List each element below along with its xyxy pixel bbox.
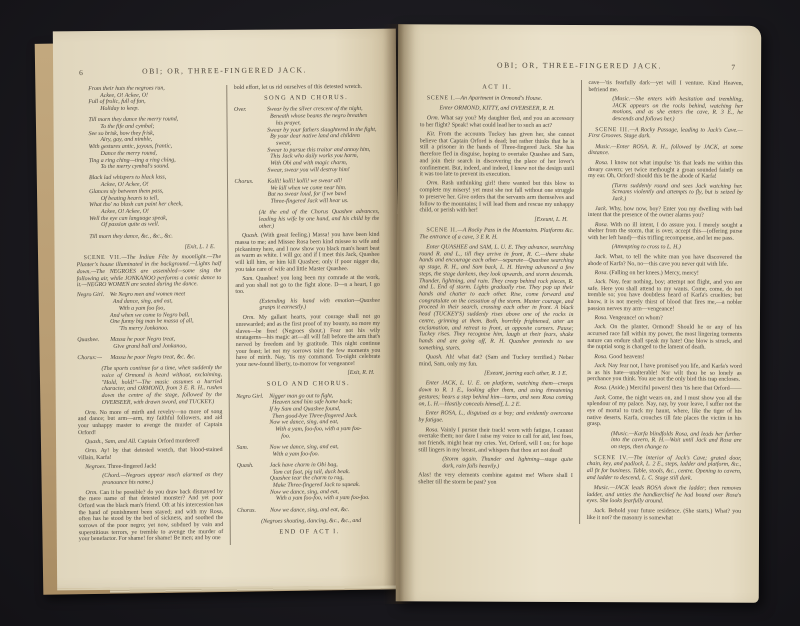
speaker-name: Jack. xyxy=(594,395,606,401)
verse-lines: Jack have charm in Obi bag, Tom cat foot… xyxy=(270,462,382,503)
text-block-speech: Rosa. (Falling on her knees.) Mercy, mer… xyxy=(588,270,743,277)
text-block-speech: Orm. Can it be possible? do you draw bac… xyxy=(78,489,223,544)
speaker-name: Negro Girl. xyxy=(77,292,110,332)
text-block-verse: From their huts the negroes run, Ackee, … xyxy=(88,85,220,113)
text-block-speech: Orm. Ay! by that detested wretch, that b… xyxy=(78,447,223,462)
text-block-center: Enter ORMOND, KITTY, and OVERSEER, R. H. xyxy=(420,105,575,112)
text-block-vspeech: Quashee.Massa he poor Negro treat, Give … xyxy=(77,336,222,351)
text-block-stage-full: Enter QUASHEE and SAM, L. U. E. They adv… xyxy=(419,244,574,352)
text-block-speech: Orm. Rash unthinking girl! there wanted … xyxy=(419,181,574,215)
text-block-vspeech: Sam.Now we dance, sing, and eat, With a … xyxy=(237,444,382,459)
speaker-name: Orm. xyxy=(243,315,255,321)
verse-lines: We Negro men and women meet And dance, s… xyxy=(110,292,222,333)
running-title-left: OBI; OR, THREE-FINGERED JACK. xyxy=(142,65,307,75)
scene-number: SCENE I. xyxy=(427,95,455,101)
text-block-stage: (Storm again. Thunder and lightning—stag… xyxy=(442,456,573,470)
text-block-exit: [Exeunt, L. H. xyxy=(419,217,574,224)
text-block-verse: Till morn they dance the merry round, To… xyxy=(88,116,220,171)
text-block-stage-full: Music.—Enter ROSA, R. H., followed by JA… xyxy=(588,144,743,158)
book-photo: 6 OBI; OR, THREE-FINGERED JACK. From the… xyxy=(0,0,800,626)
text-block-stage: (Music.—She enters with hesitation and t… xyxy=(612,96,743,123)
speaker-name: Rosa. xyxy=(594,354,607,360)
page-7-column-1: ACT II.SCENE I.—An Apartment in Ormond's… xyxy=(418,79,580,524)
text-block-stage: (Attempting to cross to L. H.) xyxy=(612,244,743,251)
text-block-speech: Rosa. I know not what impulse 'tis that … xyxy=(588,160,743,181)
text-block-vspeech: Over.Swear by the silver crescent of the… xyxy=(234,106,379,174)
text-block-exit: [Exit, R. H. xyxy=(236,370,381,378)
text-block-verse: Till morn they dance, &c., &c., &c. xyxy=(89,233,221,241)
text-block-stage: (Music.—Karfa blindfolds Rosa, and leads… xyxy=(611,431,742,452)
text-block-speech: Orm. My gallant hearts, your courage sha… xyxy=(236,314,381,369)
text-block-speech: Quash. Ah! what dat? (Sam and Tuckey ter… xyxy=(419,355,574,369)
page-7-header: OBI; OR, THREE-FINGERED JACK. 7 xyxy=(422,60,737,74)
scene-number: SCENE III. xyxy=(595,127,629,133)
text-block-speech: Quash., Sam, and All. Captain Orford mur… xyxy=(78,438,223,446)
text-block-scene: SCENE II.—A Rocky Pass in the Mountains.… xyxy=(419,227,574,241)
page-6-columns: From their huts the negroes run, Ackee, … xyxy=(53,84,400,546)
speaker-name: Chorus:— xyxy=(77,355,110,362)
text-block-exit: [Exit, L. 1 E. xyxy=(76,244,221,252)
text-block-stage: (Negroes shouting, dancing, &c., &c., an… xyxy=(261,518,382,526)
scene-number: SCENE II. xyxy=(426,227,457,233)
text-block-stage-full: Enter ROSA, L., disguised as a boy; and … xyxy=(419,411,574,425)
text-block-speech: Jack. Nay fear not, I have promised you … xyxy=(587,363,742,384)
speaker-name: Jack. xyxy=(594,363,606,369)
text-block-vspeech: Quash.Jack have charm in Obi bag, Tom ca… xyxy=(237,462,382,503)
page-6-column-2: bold effort, let us rid ourselves of thi… xyxy=(226,84,382,545)
text-block-stage: (At the end of the Chorus Quashee advanc… xyxy=(259,209,380,230)
speaker-name: Rosa. xyxy=(594,315,607,321)
text-block-cont: bold effort, let us rid ourselves of thi… xyxy=(234,84,379,92)
speaker-name: Kit. xyxy=(427,131,436,137)
page-7-columns: ACT II.SCENE I.—An Apartment in Ormond's… xyxy=(396,79,761,525)
text-block-speech: Rosa. Vainly I pursue their track! worn … xyxy=(418,427,573,454)
text-block-cont: Alas! the very elements combine against … xyxy=(418,473,573,487)
text-block-stage-full: Music.—JACK leads ROSA down the ladder; … xyxy=(587,485,742,506)
speaker-name: Sam. xyxy=(242,276,254,282)
speaker-name: Over. xyxy=(234,107,268,174)
speaker-name: Quash. xyxy=(242,233,259,239)
speaker-name: Orm. xyxy=(427,115,439,121)
verse-lines: Now we dance, sing, and eat, With a yam … xyxy=(270,444,382,458)
speaker-name: Rosa. xyxy=(595,222,608,228)
text-block-exit: [Exeunt, jeering each other, R. 1 E. xyxy=(419,371,574,378)
speaker-name: Orm. xyxy=(85,490,97,496)
speaker-name: Rosa. xyxy=(594,385,607,391)
page-7: OBI; OR, THREE-FINGERED JACK. 7 ACT II.S… xyxy=(396,24,762,603)
text-block-speech: Rosa. (Aside.) Merciful powers! then 'ti… xyxy=(587,385,742,392)
speaker-name: Sam. xyxy=(237,445,270,459)
text-block-heading: SONG AND CHORUS. xyxy=(234,95,379,103)
speaker-name: Rosa. xyxy=(425,427,438,433)
speaker-name: Negro Girl. xyxy=(236,393,269,440)
text-block-vspeech: Chorus:—Massa he poor Negro treat, &c. &… xyxy=(77,354,222,362)
text-block-speech: Rosa. Vengeance! on whom? xyxy=(587,315,742,322)
text-block-speech: Kit. From the accounts Tuckey has given … xyxy=(420,131,575,179)
text-block-speech: Jack. Nay, fear nothing, boy; attempt no… xyxy=(588,279,743,313)
speaker-name: Negroes. xyxy=(85,464,106,470)
text-block-scene: SCENE IV.—The interior of Jack's Cave; g… xyxy=(587,455,742,482)
text-block-speech: Quash. (With great feeling.) Massa! you … xyxy=(235,232,380,273)
text-block-heading: SOLO AND CHORUS. xyxy=(236,381,381,389)
text-block-stage: (The sports continue for a time, when su… xyxy=(101,365,222,406)
page-6: 6 OBI; OR, THREE-FINGERED JACK. From the… xyxy=(53,29,400,591)
speaker-name: Chorus. xyxy=(234,179,267,206)
text-block-speech: Orm. No more of mirth and revelry—no mor… xyxy=(78,409,223,437)
verse-lines: Now we dance, sing, and eat, &c. xyxy=(270,506,382,514)
text-block-vspeech: Negro Girl.We Negro men and women meet A… xyxy=(77,292,222,333)
speaker-name: Rosa. xyxy=(595,160,608,166)
speaker-name: Chorus. xyxy=(237,507,270,514)
verse-lines: Massa he poor Negro treat, &c. &c. xyxy=(110,354,222,362)
page-7-column-2: cave—'tis fearfully dark—yet will I vent… xyxy=(579,80,743,525)
text-block-heading: ACT II. xyxy=(420,84,575,91)
speaker-name: Orm. xyxy=(85,410,97,416)
text-block-vspeech: Negro Girl.Nigger man go out to fight, H… xyxy=(236,392,381,440)
page-6-column-1: From their huts the negroes run, Ackee, … xyxy=(75,85,229,546)
text-block-speech: Rosa. With no ill intent, I do assure yo… xyxy=(588,222,743,243)
speaker-name: Orm. xyxy=(85,448,97,454)
text-block-speech: Orm. What say you? My daughter fled, and… xyxy=(420,115,575,129)
text-block-stage: (Chord.—Negroes appear much alarmed as t… xyxy=(102,472,223,486)
verse-lines: Swear by the silver crescent of the nigh… xyxy=(267,106,379,174)
page-number-right: 7 xyxy=(731,63,735,72)
text-block-stage: (Extending his hand with emotion—Quashee… xyxy=(259,297,380,311)
page-6-header: 6 OBI; OR, THREE-FINGERED JACK. xyxy=(77,65,372,80)
verse-lines: Nigger man go out to fight, Heaven send … xyxy=(269,392,381,440)
page-number-left: 6 xyxy=(79,68,83,77)
text-block-vspeech: Chorus.Kolli! kolli! kolli! we swear all… xyxy=(234,178,379,206)
speaker-name: Quash. xyxy=(237,463,270,503)
text-block-speech: Sam. Quashee! you long been my comrade a… xyxy=(235,275,380,296)
text-block-cont: cave—'tis fearfully dark—yet will I vent… xyxy=(588,80,743,94)
text-block-vspeech: Chorus.Now we dance, sing, and eat, &c. xyxy=(237,506,382,514)
text-block-speech: Jack. Why, how now, boy? Enter you my dw… xyxy=(588,206,743,220)
speaker-name: Jack. xyxy=(594,324,606,330)
speaker-name: Jack. xyxy=(595,279,607,285)
text-block-speech: Rosa. Good heavens! xyxy=(587,354,742,361)
scene-number: SCENE VII. xyxy=(84,255,122,261)
text-block-stage: (Turns suddenly round and sees Jack watc… xyxy=(612,183,743,204)
text-block-scene: SCENE III.—A Rocky Passage, leading to J… xyxy=(588,127,743,141)
text-block-scene: SCENE VII.—The Indian Fête by moonlight.… xyxy=(77,255,222,290)
text-block-verse: Black lad whispers to black lass, Ackee,… xyxy=(89,174,221,229)
scene-number: SCENE IV. xyxy=(594,455,628,461)
speaker-name: Rosa. xyxy=(595,270,608,276)
speaker-name: Jack. xyxy=(595,206,607,212)
speaker-name: Jack. xyxy=(595,254,607,260)
running-title-right: OBI; OR, THREE-FINGERED JACK. xyxy=(497,61,662,71)
speaker-name: Orm. xyxy=(427,181,439,187)
text-block-speech: Jack. On the planter, Ormond! Should he … xyxy=(587,324,742,351)
text-block-scene: SCENE I.—An Apartment in Ormond's House. xyxy=(420,95,575,102)
speaker-name: Quash., Sam, and All. xyxy=(85,439,136,445)
text-block-speech: Jack. What, to tell the white man you ha… xyxy=(588,254,743,268)
text-block-speech: Jack. Come, the night wears on, and I mu… xyxy=(587,395,742,429)
speaker-name: Quashee. xyxy=(77,337,110,351)
verse-lines: Kolli! kolli! kolli! we swear all! We ki… xyxy=(267,178,379,206)
speaker-name: Quash. xyxy=(426,355,443,361)
text-block-speech: Negroes. Three-fingered Jack! xyxy=(78,463,223,471)
speaker-name: Jack. xyxy=(594,508,606,514)
text-block-heading: END OF ACT I. xyxy=(237,529,382,537)
text-block-speech: Jack. Behold your future residence. (She… xyxy=(587,508,742,522)
verse-lines: Massa he poor Negro treat, Give grand ba… xyxy=(110,336,222,350)
text-block-stage-full: Enter JACK, L. U. E. on platform, watchi… xyxy=(419,381,574,408)
